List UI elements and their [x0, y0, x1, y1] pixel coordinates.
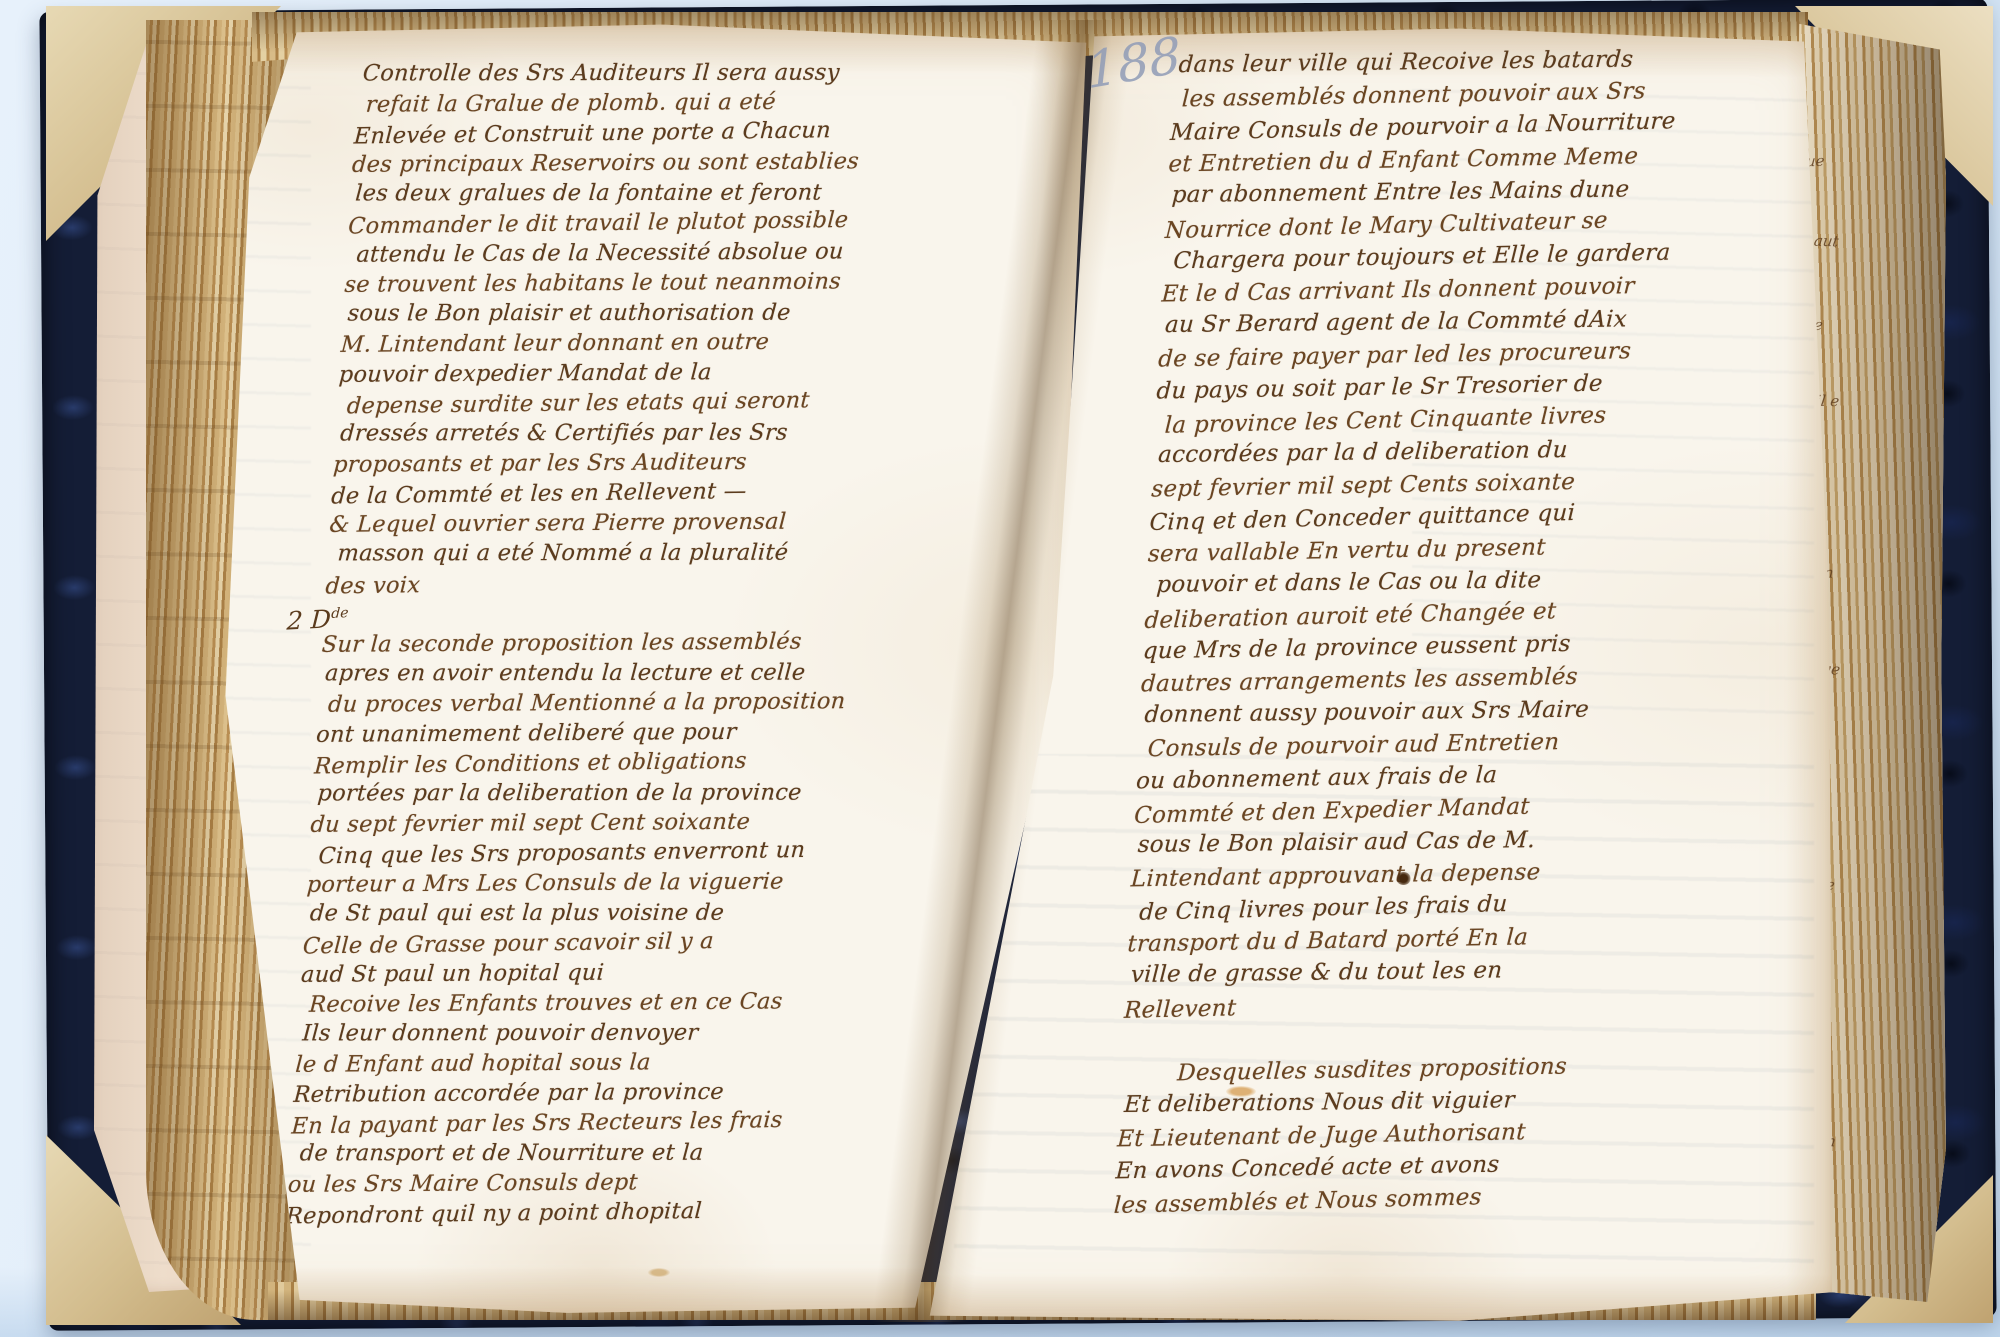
manuscript-line: Remplir les Conditions et obligations [313, 745, 842, 782]
manuscript-line: accordées par la d deliberation du [1157, 433, 1661, 472]
manuscript-line: aud St paul un hopital qui [300, 956, 829, 990]
manuscript-line: M. Lintendant leur donnant en outre [340, 326, 869, 360]
manuscript-line: le d Enfant aud hopital sous la [294, 1046, 823, 1080]
left-page: Controlle des Srs Auditeurs Il sera auss… [140, 22, 1090, 1318]
manuscript-line: apres en avoir entendu la lecture et cel… [324, 658, 848, 689]
manuscript-line: masson qui a eté Nommé a la pluralité [337, 538, 856, 569]
manuscript-line: Controlle des Srs Auditeurs Il sera auss… [362, 58, 886, 89]
manuscript-line: depense surdite sur les etats qui seront [346, 385, 865, 422]
manuscript-line: au Sr Berard agent de la Commté dAix [1164, 303, 1668, 342]
manuscript-line: les deux gralues de la fontaine et feron… [354, 178, 878, 209]
manuscript-line: Ils leur donnent pouvoir denvoyer [301, 1018, 825, 1049]
manuscript-line: du proces verbal Mentionné a la proposit… [327, 686, 846, 720]
manuscript-line: dans leur ville qui Recoive les batards [1178, 43, 1682, 82]
manuscript-line: donnent aussy pouvoir aux Srs Maire [1144, 693, 1648, 732]
manuscript-line: dressés arretés & Certifiés par les Srs [339, 418, 863, 449]
manuscript-line: se trouvent les habitans le tout neanmoi… [344, 266, 873, 300]
margin-note: 2 Dde [286, 603, 349, 635]
edge-fragment: aut [1813, 232, 1840, 251]
manuscript-line: de transport et de Nourriture et la [299, 1138, 818, 1169]
manuscript-line: Et deliberations Nous dit viguier [1123, 1083, 1627, 1122]
manuscript-line: de St paul qui est la plus voisine de [309, 898, 833, 929]
manuscript-line: sous le Bon plaisir aud Cas de M. [1137, 823, 1641, 862]
manuscript-line: attendu le Cas de la Necessité absolue o… [355, 236, 874, 270]
manuscript-line: & Lequel ouvrier sera Pierre provensal [328, 506, 857, 540]
manuscript-line [323, 596, 852, 630]
manuscript-line: portées par la deliberation de la provin… [317, 778, 841, 809]
manuscript-line: Recoive les Enfants trouves et en ce Cas [308, 986, 827, 1020]
manuscript-photo: ueautireil etionugeuiiredelim Controlle … [0, 0, 2000, 1337]
manuscript-line: En la payant par les Srs Recteurs les fr… [291, 1105, 820, 1142]
margin-note-sup: de [331, 605, 349, 622]
manuscript-line: porteur a Mrs Les Consuls de la viguerie [306, 866, 835, 900]
manuscript-line: Sur la seconde proposition les assemblés [321, 626, 850, 660]
manuscript-line: sous le Bon plaisir et authorisation de [347, 298, 871, 329]
left-page-text: Controlle des Srs Auditeurs Il sera auss… [285, 56, 886, 1230]
manuscript-line: des principaux Reservoirs ou sont establ… [351, 146, 880, 180]
manuscript-line: Repondront quil ny a point dhopital [285, 1195, 814, 1232]
right-page-text: dans leur ville qui Recoive les batardsl… [1113, 42, 1681, 1221]
margin-note-base: 2 D [286, 604, 332, 635]
